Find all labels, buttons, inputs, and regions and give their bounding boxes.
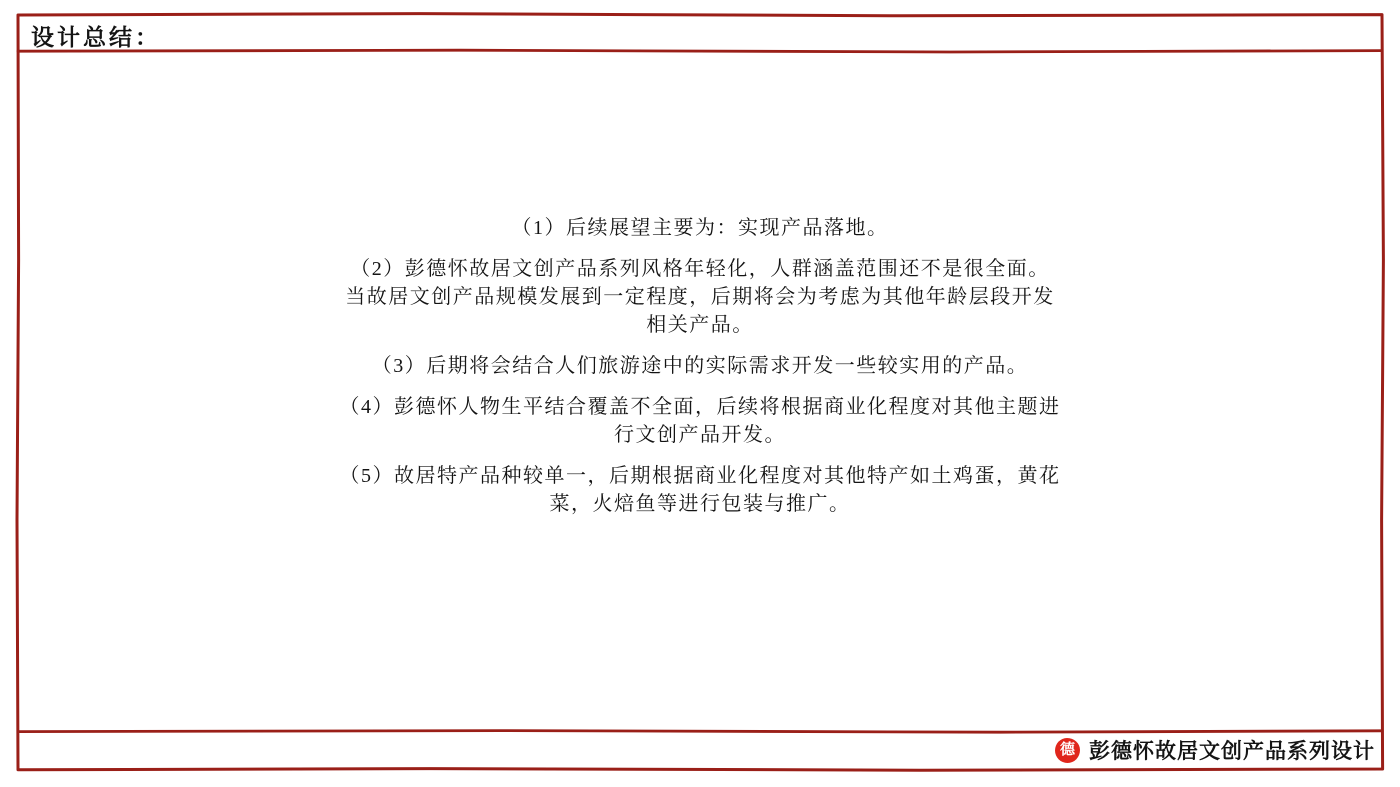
seal-character: 德 — [1060, 743, 1075, 758]
summary-paragraph: （2）彭德怀故居文创产品系列风格年轻化，人群涵盖范围还不是很全面。 当故居文创产… — [300, 255, 1100, 339]
footer-brand: 德 彭德怀故居文创产品系列设计 — [1055, 737, 1375, 763]
summary-paragraph: （4）彭德怀人物生平结合覆盖不全面，后续将根据商业化程度对其他主题进 行文创产品… — [300, 393, 1100, 449]
page-title: 设计总结： — [31, 19, 161, 52]
summary-text-block: （1）后续展望主要为：实现产品落地。 （2）彭德怀故居文创产品系列风格年轻化，人… — [300, 214, 1100, 531]
summary-paragraph: （1）后续展望主要为：实现产品落地。 — [300, 214, 1100, 242]
slide: 设计总结： （1）后续展望主要为：实现产品落地。 （2）彭德怀故居文创产品系列风… — [0, 0, 1400, 787]
footer-divider — [18, 731, 1382, 733]
footer-brand-text: 彭德怀故居文创产品系列设计 — [1089, 735, 1375, 765]
summary-paragraph: （5）故居特产品种较单一，后期根据商业化程度对其他特产如土鸡蛋，黄花 菜，火焙鱼… — [300, 462, 1100, 518]
summary-paragraph: （3）后期将会结合人们旅游途中的实际需求开发一些较实用的产品。 — [300, 352, 1100, 380]
header-divider — [18, 50, 1382, 52]
seal-icon: 德 — [1055, 738, 1080, 763]
